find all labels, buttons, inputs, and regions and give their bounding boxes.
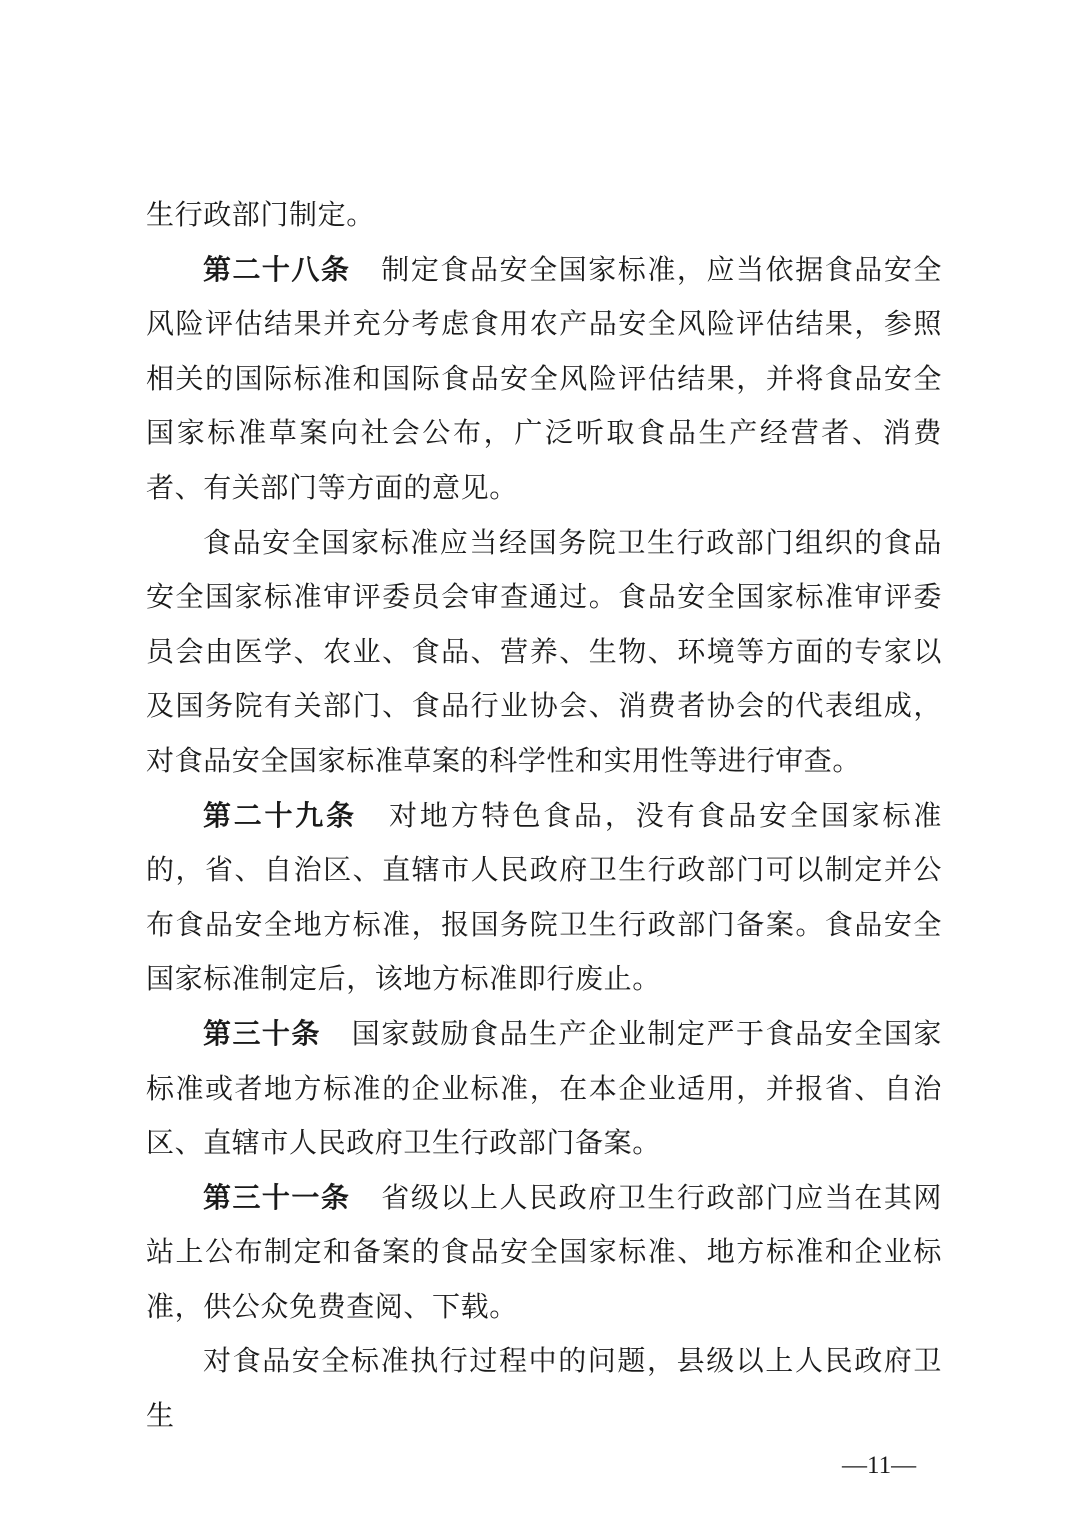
paragraph-text: 制定食品安全国家标准，应当依据食品安全风险评估结果并充分考虑食用农产品安全风险评…: [146, 253, 942, 504]
article-28: 第二十八条制定食品安全国家标准，应当依据食品安全风险评估结果并充分考虑食用农产品…: [146, 243, 942, 516]
paragraph-continuation: 生行政部门制定。: [146, 188, 942, 243]
document-page: 生行政部门制定。 第二十八条制定食品安全国家标准，应当依据食品安全风险评估结果并…: [146, 188, 942, 1444]
article-30: 第三十条国家鼓励食品生产企业制定严于食品安全国家标准或者地方标准的企业标准，在本…: [146, 1007, 942, 1171]
article-number: 第三十一条: [203, 1181, 350, 1214]
article-number: 第二十八条: [203, 253, 350, 286]
page-number: —11—: [842, 1452, 916, 1480]
article-number: 第三十条: [203, 1017, 321, 1050]
article-28-paragraph-2: 食品安全国家标准应当经国务院卫生行政部门组织的食品安全国家标准审评委员会审查通过…: [146, 516, 942, 789]
article-31-paragraph-2: 对食品安全标准执行过程中的问题，县级以上人民政府卫生: [146, 1334, 942, 1443]
article-number: 第二十九条: [203, 799, 357, 832]
paragraph-text: 对食品安全标准执行过程中的问题，县级以上人民政府卫生: [146, 1344, 942, 1432]
paragraph-text: 食品安全国家标准应当经国务院卫生行政部门组织的食品安全国家标准审评委员会审查通过…: [146, 526, 942, 777]
article-29: 第二十九条对地方特色食品，没有食品安全国家标准的，省、自治区、直辖市人民政府卫生…: [146, 789, 942, 1007]
article-31: 第三十一条省级以上人民政府卫生行政部门应当在其网站上公布制定和备案的食品安全国家…: [146, 1171, 942, 1335]
paragraph-text: 生行政部门制定。: [146, 198, 375, 231]
